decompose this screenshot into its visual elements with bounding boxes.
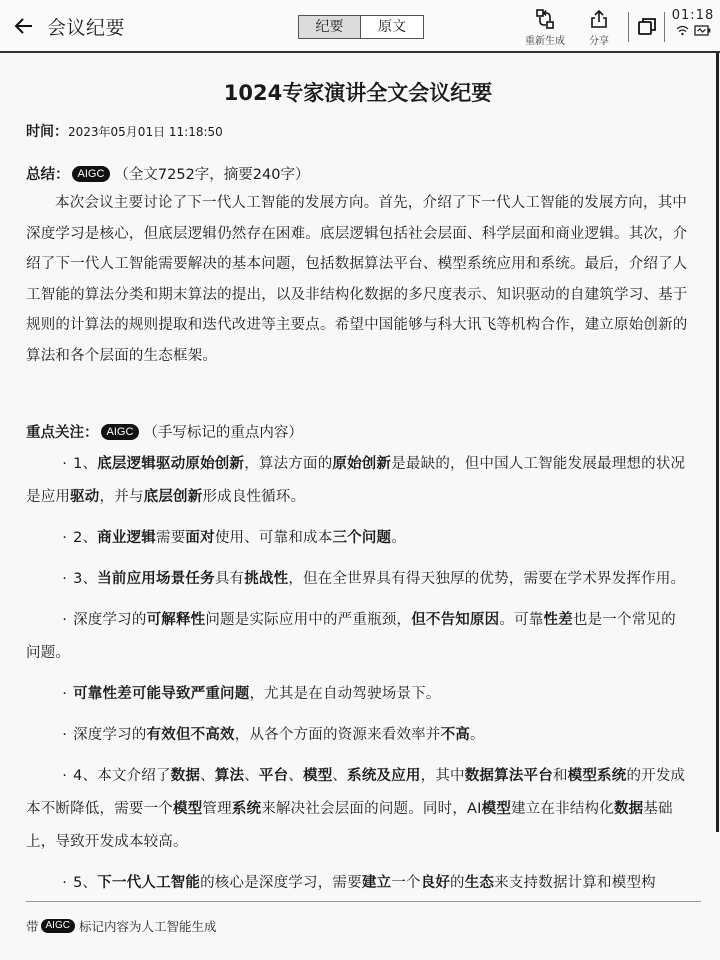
bullet-dot: ·	[62, 456, 67, 472]
wifi-icon	[676, 25, 689, 36]
highlight-text: 良好	[421, 875, 450, 891]
highlight-text: 数据	[171, 768, 200, 784]
aigc-badge: AIGC	[101, 424, 140, 440]
body-text: 来支持数据计算和模型构	[494, 875, 656, 891]
bullet-dot: ·	[62, 571, 67, 587]
highlight-text: 系统及应用	[347, 768, 421, 784]
summary-header: 总结： AIGC （全文7252字，摘要240字）	[26, 163, 690, 184]
time-row: 时间：2023年05月01日 11:18:50	[26, 121, 690, 141]
highlight-text: 有效但不高效	[147, 727, 235, 743]
highlight-text: 数据	[614, 801, 643, 817]
body-text: 深度学习的	[73, 727, 147, 743]
body-text: ，并与	[100, 489, 144, 505]
highlight-text: 模型	[303, 768, 332, 784]
highlight-text: 面对	[185, 530, 214, 546]
multitask-button[interactable]	[636, 14, 658, 42]
highlight-text: 平台	[259, 768, 288, 784]
back-button[interactable]	[10, 12, 38, 40]
list-item: ·1、底层逻辑驱动原始创新，算法方面的原始创新是最缺的，但中国人工智能发展最理想…	[26, 448, 690, 514]
focus-header: 重点关注： AIGC （手写标记的重点内容）	[26, 421, 690, 442]
body-text: ，但在全世界具有得天独厚的优势，需要在学术界发挥作用。	[288, 571, 685, 587]
body-text: 。	[470, 727, 485, 743]
highlight-text: 生态	[465, 875, 494, 891]
body-text: 的核心是深度学习，需要	[200, 875, 362, 891]
body-text: 需要	[156, 530, 185, 546]
body-text: 5、	[73, 875, 97, 891]
body-text: 的	[450, 875, 465, 891]
bullet-dot: ·	[62, 612, 67, 628]
document-title: 1024专家演讲全文会议纪要	[26, 77, 690, 107]
highlight-text: 模型	[482, 801, 511, 817]
body-text: 1、	[73, 456, 97, 472]
body-text: 深度学习的	[73, 612, 147, 628]
body-text: 、	[288, 768, 303, 784]
highlight-text: 原始创新	[332, 456, 391, 472]
footer-prefix: 带	[26, 917, 39, 935]
top-bar: 会议纪要 纪要 原文 重新生成 分享 01:18	[0, 0, 720, 53]
highlight-text: 模型系统	[568, 768, 627, 784]
body-text: 、	[200, 768, 215, 784]
highlight-text: 不高	[441, 727, 470, 743]
regenerate-icon	[534, 8, 556, 30]
highlight-text: 性差	[544, 612, 573, 628]
summary-label: 总结：	[26, 163, 70, 184]
highlight-text: 商业逻辑	[97, 530, 156, 546]
share-button[interactable]: 分享	[584, 8, 614, 47]
highlight-text: 底层逻辑驱动原始创新	[97, 456, 244, 472]
body-text: ，尤其是在自动驾驶场景下。	[249, 686, 440, 702]
list-item: ·深度学习的可解释性问题是实际应用中的严重瓶颈，但不告知原因。可靠性差也是一个常…	[26, 604, 690, 670]
highlight-text: 建立	[362, 875, 391, 891]
time-label: 时间：	[26, 124, 68, 140]
highlight-text: 挑战性	[244, 571, 288, 587]
page-title: 会议纪要	[47, 13, 125, 40]
status-area: 01:18	[668, 8, 718, 36]
highlight-text: 数据算法平台	[465, 768, 553, 784]
bullet-dot: ·	[62, 768, 67, 784]
body-text: 2、	[73, 530, 97, 546]
focus-list: ·1、底层逻辑驱动原始创新，算法方面的原始创新是最缺的，但中国人工智能发展最理想…	[26, 448, 690, 900]
body-text: ，算法方面的	[244, 456, 332, 472]
bullet-dot: ·	[62, 686, 67, 702]
summary-body: 本次会议主要讨论了下一代人工智能的发展方向。首先，介绍了下一代人工智能的发展方向…	[26, 188, 690, 371]
highlight-text: 三个问题	[332, 530, 391, 546]
arrow-left-icon	[10, 12, 38, 40]
highlight-text: 当前应用场景任务	[97, 571, 215, 587]
body-text: 具有	[215, 571, 244, 587]
focus-label: 重点关注：	[26, 421, 99, 442]
body-text: 、	[244, 768, 259, 784]
body-text: 。	[391, 530, 406, 546]
share-icon	[588, 8, 610, 30]
body-text: 问题是实际应用中的严重瓶颈，	[205, 612, 411, 628]
body-text: 来解决社会层面的问题。同时，AI	[261, 801, 481, 817]
aigc-badge: AIGC	[72, 166, 111, 182]
summary-meta: （全文7252字，摘要240字）	[114, 163, 309, 184]
bullet-dot: ·	[62, 530, 67, 546]
highlight-text: 底层创新	[144, 489, 203, 505]
clock: 01:18	[668, 8, 718, 23]
tab-original[interactable]: 原文	[361, 16, 423, 38]
tab-summary[interactable]: 纪要	[299, 16, 361, 38]
body-text: 形成良性循环。	[202, 489, 305, 505]
list-item: ·可靠性差可能导致严重问题，尤其是在自动驾驶场景下。	[26, 678, 690, 711]
bullet-dot: ·	[62, 875, 67, 891]
highlight-text: 模型	[173, 801, 202, 817]
focus-meta: （手写标记的重点内容）	[143, 421, 303, 442]
document-content: 1024专家演讲全文会议纪要 时间：2023年05月01日 11:18:50 总…	[0, 55, 716, 901]
body-text: 3、	[73, 571, 97, 587]
body-text: 使用、可靠和成本	[215, 530, 333, 546]
list-item: ·深度学习的有效但不高效，从各个方面的资源来看效率并不高。	[26, 719, 690, 752]
time-value: 2023年05月01日 11:18:50	[68, 125, 223, 139]
aigc-badge: AIGC	[41, 919, 75, 933]
highlight-text: 系统	[232, 801, 261, 817]
body-text: 建立在非结构化	[511, 801, 614, 817]
share-label: 分享	[584, 32, 614, 47]
body-text: 4、本文介绍了	[73, 768, 171, 784]
regenerate-label: 重新生成	[522, 32, 568, 47]
footer-note: 带 AIGC 标记内容为人工智能生成	[26, 901, 701, 935]
body-text: 。可靠	[499, 612, 543, 628]
divider	[664, 12, 665, 42]
list-item: ·5、下一代人工智能的核心是深度学习，需要建立一个良好的生态来支持数据计算和模型…	[26, 867, 690, 900]
highlight-text: 可靠性差可能导致严重问题	[73, 686, 249, 702]
highlight-text: 算法	[215, 768, 244, 784]
body-text: ，从各个方面的资源来看效率并	[235, 727, 441, 743]
highlight-text: 但不告知原因	[411, 612, 499, 628]
body-text: 一个	[391, 875, 420, 891]
bullet-dot: ·	[62, 727, 67, 743]
battery-icon	[694, 25, 711, 36]
body-text: ，其中	[421, 768, 465, 784]
highlight-text: 驱动	[70, 489, 99, 505]
windows-icon	[636, 14, 658, 38]
body-text: 和	[553, 768, 568, 784]
regenerate-button[interactable]: 重新生成	[522, 8, 568, 47]
view-toggle: 纪要 原文	[298, 15, 424, 39]
body-text: 、	[332, 768, 347, 784]
list-item: ·3、当前应用场景任务具有挑战性，但在全世界具有得天独厚的优势，需要在学术界发挥…	[26, 563, 690, 596]
scrollbar[interactable]	[716, 53, 719, 832]
footer-suffix: 标记内容为人工智能生成	[79, 917, 217, 935]
highlight-text: 可解释性	[147, 612, 206, 628]
list-item: ·4、本文介绍了数据、算法、平台、模型、系统及应用，其中数据算法平台和模型系统的…	[26, 760, 690, 859]
divider	[628, 12, 629, 42]
body-text: 管理	[202, 801, 231, 817]
highlight-text: 下一代人工智能	[97, 875, 200, 891]
list-item: ·2、商业逻辑需要面对使用、可靠和成本三个问题。	[26, 522, 690, 555]
